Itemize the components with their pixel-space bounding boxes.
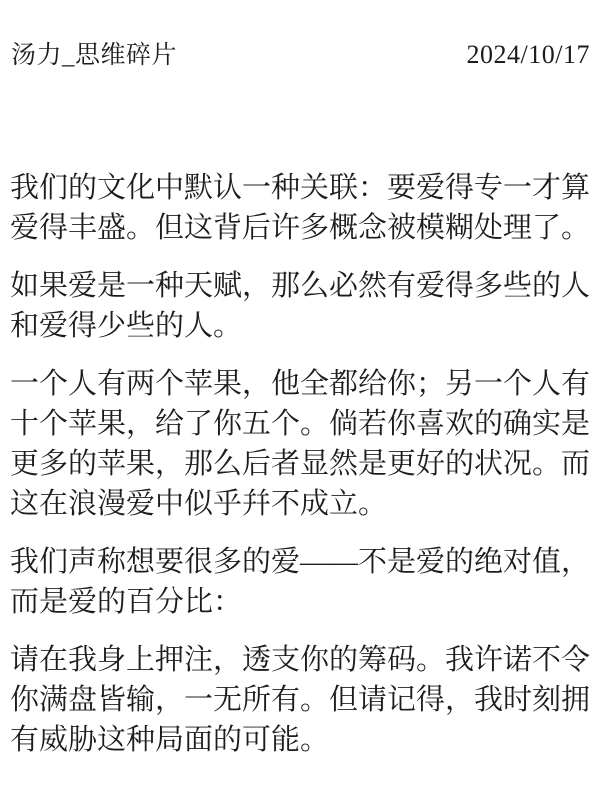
document-page: 汤力_思维碎片 2024/10/17 我们的文化中默认一种关联：要爱得专一才算爱… [0, 0, 600, 800]
document-body: 我们的文化中默认一种关联：要爱得专一才算爱得丰盛。但这背后许多概念被模糊处理了。… [10, 168, 592, 760]
paragraph: 我们的文化中默认一种关联：要爱得专一才算爱得丰盛。但这背后许多概念被模糊处理了。 [10, 168, 592, 248]
paragraph: 如果爱是一种天赋，那么必然有爱得多些的人和爱得少些的人。 [10, 266, 592, 346]
paragraph: 请在我身上押注，透支你的筹码。我许诺不令你满盘皆输，一无所有。但请记得，我时刻拥… [10, 640, 592, 760]
document-title: 汤力_思维碎片 [11, 41, 177, 70]
paragraph: 一个人有两个苹果，他全都给你；另一个人有十个苹果，给了你五个。倘若你喜欢的确实是… [10, 364, 592, 524]
page-header: 汤力_思维碎片 2024/10/17 [0, 0, 600, 70]
paragraph: 我们声称想要很多的爱——不是爱的绝对值，而是爱的百分比： [10, 542, 592, 622]
document-date: 2024/10/17 [467, 40, 590, 69]
